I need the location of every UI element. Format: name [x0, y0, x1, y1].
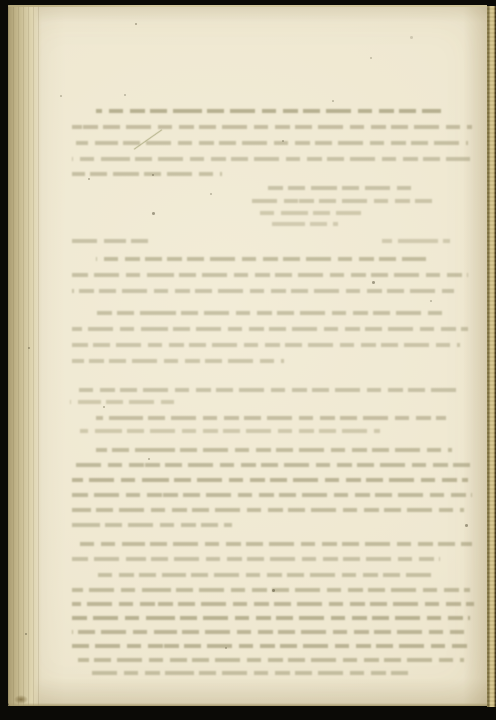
- bleedthrough-text-line: [96, 573, 436, 577]
- bleedthrough-text-line: [72, 616, 470, 620]
- bleedthrough-text-line: [72, 359, 284, 363]
- foxing-speck: [225, 647, 227, 649]
- scan-canvas: [0, 0, 496, 720]
- bleedthrough-text-line: [96, 311, 448, 315]
- bleedthrough-text-line: [72, 289, 454, 293]
- foxing-speck: [152, 174, 154, 176]
- bleedthrough-text-line: [72, 273, 468, 277]
- foxing-speck: [124, 94, 126, 96]
- bleedthrough-text-line: [72, 172, 222, 176]
- bleedthrough-text-line: [72, 508, 464, 512]
- bleedthrough-text-line: [80, 429, 380, 433]
- foxing-speck: [152, 212, 155, 215]
- bleedthrough-text-line: [72, 157, 470, 161]
- bleedthrough-text-line: [268, 186, 418, 190]
- foxing-speck: [372, 281, 375, 284]
- bleedthrough-text-line: [96, 257, 426, 261]
- bleedthrough-text-line: [72, 327, 468, 331]
- bleedthrough-text-line: [76, 141, 468, 145]
- bleedthrough-text-line: [72, 523, 232, 527]
- foxing-speck: [430, 300, 432, 302]
- bleedthrough-layer: [0, 0, 496, 720]
- bleedthrough-text-line: [72, 602, 474, 606]
- foxing-speck: [88, 178, 90, 180]
- bleedthrough-text-line: [72, 588, 470, 592]
- bleedthrough-text-line: [80, 542, 472, 546]
- foxing-speck: [332, 100, 334, 102]
- bleedthrough-text-line: [78, 658, 464, 662]
- foxing-speck: [272, 589, 275, 592]
- bleedthrough-text-line: [72, 493, 472, 497]
- foxing-speck: [25, 633, 27, 635]
- foxing-speck: [282, 140, 284, 142]
- bleedthrough-text-line: [96, 109, 441, 113]
- foxing-speck: [148, 458, 150, 460]
- bleedthrough-text-line: [72, 125, 472, 129]
- bleedthrough-text-line: [72, 388, 456, 392]
- bleedthrough-text-line: [72, 463, 472, 467]
- bleedthrough-text-line: [272, 222, 338, 226]
- bleedthrough-text-line: [96, 416, 446, 420]
- foxing-speck: [210, 193, 212, 195]
- foxing-speck: [103, 406, 105, 408]
- bleedthrough-text-line: [70, 239, 152, 243]
- bleedthrough-text-line: [72, 478, 468, 482]
- adjacent-page-edge: [487, 6, 496, 707]
- bleedthrough-text-line: [70, 400, 174, 404]
- foxing-speck: [60, 95, 62, 97]
- bleedthrough-text-line: [72, 343, 460, 347]
- foxing-speck: [28, 347, 30, 349]
- bleedthrough-text-line: [72, 644, 472, 648]
- foxing-speck: [135, 23, 137, 25]
- bleedthrough-text-line: [256, 211, 364, 215]
- bleedthrough-text-line: [382, 239, 450, 243]
- bleedthrough-text-line: [72, 630, 464, 634]
- bleedthrough-text-line: [90, 671, 412, 675]
- bleedthrough-text-line: [96, 448, 452, 452]
- foxing-speck: [410, 36, 413, 39]
- foxing-speck: [465, 524, 468, 527]
- bleedthrough-text-line: [72, 557, 440, 561]
- foxing-speck: [370, 57, 372, 59]
- bleedthrough-text-line: [250, 199, 436, 203]
